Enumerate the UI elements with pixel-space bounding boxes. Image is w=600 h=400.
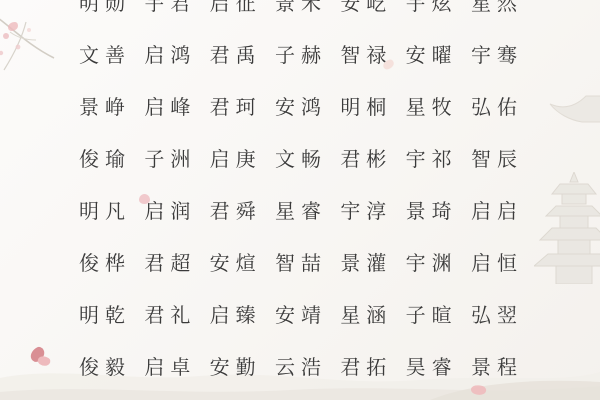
name-item: 明凡 [79, 195, 131, 224]
name-item: 启卓 [144, 351, 196, 380]
name-item: 昊睿 [406, 351, 458, 380]
pagoda-tower-icon [534, 172, 600, 284]
name-item: 景琦 [406, 195, 458, 224]
name-item: 宇炫 [406, 0, 458, 16]
name-row: 俊桦君超安煊智喆景灌宇渊启恒 [79, 235, 517, 287]
name-item: 君禹 [210, 39, 262, 68]
name-item: 智喆 [275, 247, 327, 276]
name-item: 景程 [471, 351, 523, 380]
plum-branch-icon [0, 6, 74, 78]
name-item: 星然 [471, 0, 523, 16]
name-row: 俊毅启卓安勤云浩君拓昊睿景程 [79, 339, 517, 391]
name-item: 启启 [471, 195, 523, 224]
name-item: 弘翌 [471, 299, 523, 328]
petal-icon [28, 345, 47, 364]
name-item: 明勋 [79, 0, 131, 16]
name-item: 云浩 [275, 351, 327, 380]
name-item: 启征 [210, 0, 262, 16]
name-item: 安屹 [340, 0, 392, 16]
petal-icon [36, 353, 52, 368]
name-row: 明凡启润君舜星睿宇淳景琦启启 [79, 183, 517, 235]
name-item: 君超 [144, 247, 196, 276]
name-item: 弘佑 [471, 91, 523, 120]
name-item: 子赫 [275, 39, 327, 68]
name-item: 宇祁 [406, 143, 458, 172]
name-item: 子洲 [144, 143, 196, 172]
name-item: 宇淳 [340, 195, 392, 224]
name-item: 智禄 [340, 39, 392, 68]
page: 明勋宇君启征景禾安屹宇炫星然文善启鸿君禹子赫智禄安曜宇骞景峥启峰君珂安鸿明桐星牧… [0, 0, 600, 400]
name-item: 景峥 [79, 91, 131, 120]
name-item: 宇渊 [406, 247, 458, 276]
name-item: 安勤 [210, 351, 262, 380]
name-item: 子暄 [406, 299, 458, 328]
name-row: 明勋宇君启征景禾安屹宇炫星然 [79, 0, 517, 27]
name-item: 启鸿 [144, 39, 196, 68]
name-item: 君礼 [144, 299, 196, 328]
name-item: 俊毅 [79, 351, 131, 380]
name-item: 启峰 [144, 91, 196, 120]
name-item: 俊瑜 [79, 143, 131, 172]
petal-icon [8, 22, 18, 31]
name-item: 君舜 [210, 195, 262, 224]
name-item: 景灌 [340, 247, 392, 276]
names-grid: 明勋宇君启征景禾安屹宇炫星然文善启鸿君禹子赫智禄安曜宇骞景峥启峰君珂安鸿明桐星牧… [79, 0, 517, 391]
name-item: 安鸿 [275, 91, 327, 120]
name-item: 君彬 [340, 143, 392, 172]
name-item: 星涵 [340, 299, 392, 328]
name-item: 启庚 [210, 143, 262, 172]
name-row: 景峥启峰君珂安鸿明桐星牧弘佑 [79, 79, 517, 131]
name-item: 宇骞 [471, 39, 523, 68]
name-item: 安煊 [210, 247, 262, 276]
name-item: 启臻 [210, 299, 262, 328]
name-item: 俊桦 [79, 247, 131, 276]
name-item: 明桐 [340, 91, 392, 120]
name-item: 启润 [144, 195, 196, 224]
name-row: 文善启鸿君禹子赫智禄安曜宇骞 [79, 27, 517, 79]
name-item: 星牧 [406, 91, 458, 120]
name-item: 智辰 [471, 143, 523, 172]
name-item: 文善 [79, 39, 131, 68]
name-item: 安曜 [406, 39, 458, 68]
name-item: 宇君 [144, 0, 196, 16]
name-item: 启恒 [471, 247, 523, 276]
pavilion-roof-icon [546, 92, 600, 134]
name-item: 明乾 [79, 299, 131, 328]
name-item: 君珂 [210, 91, 262, 120]
name-row: 俊瑜子洲启庚文畅君彬宇祁智辰 [79, 131, 517, 183]
name-item: 安靖 [275, 299, 327, 328]
name-item: 星睿 [275, 195, 327, 224]
name-item: 景禾 [275, 0, 327, 16]
name-item: 文畅 [275, 143, 327, 172]
name-item: 君拓 [340, 351, 392, 380]
name-row: 明乾君礼启臻安靖星涵子暄弘翌 [79, 287, 517, 339]
